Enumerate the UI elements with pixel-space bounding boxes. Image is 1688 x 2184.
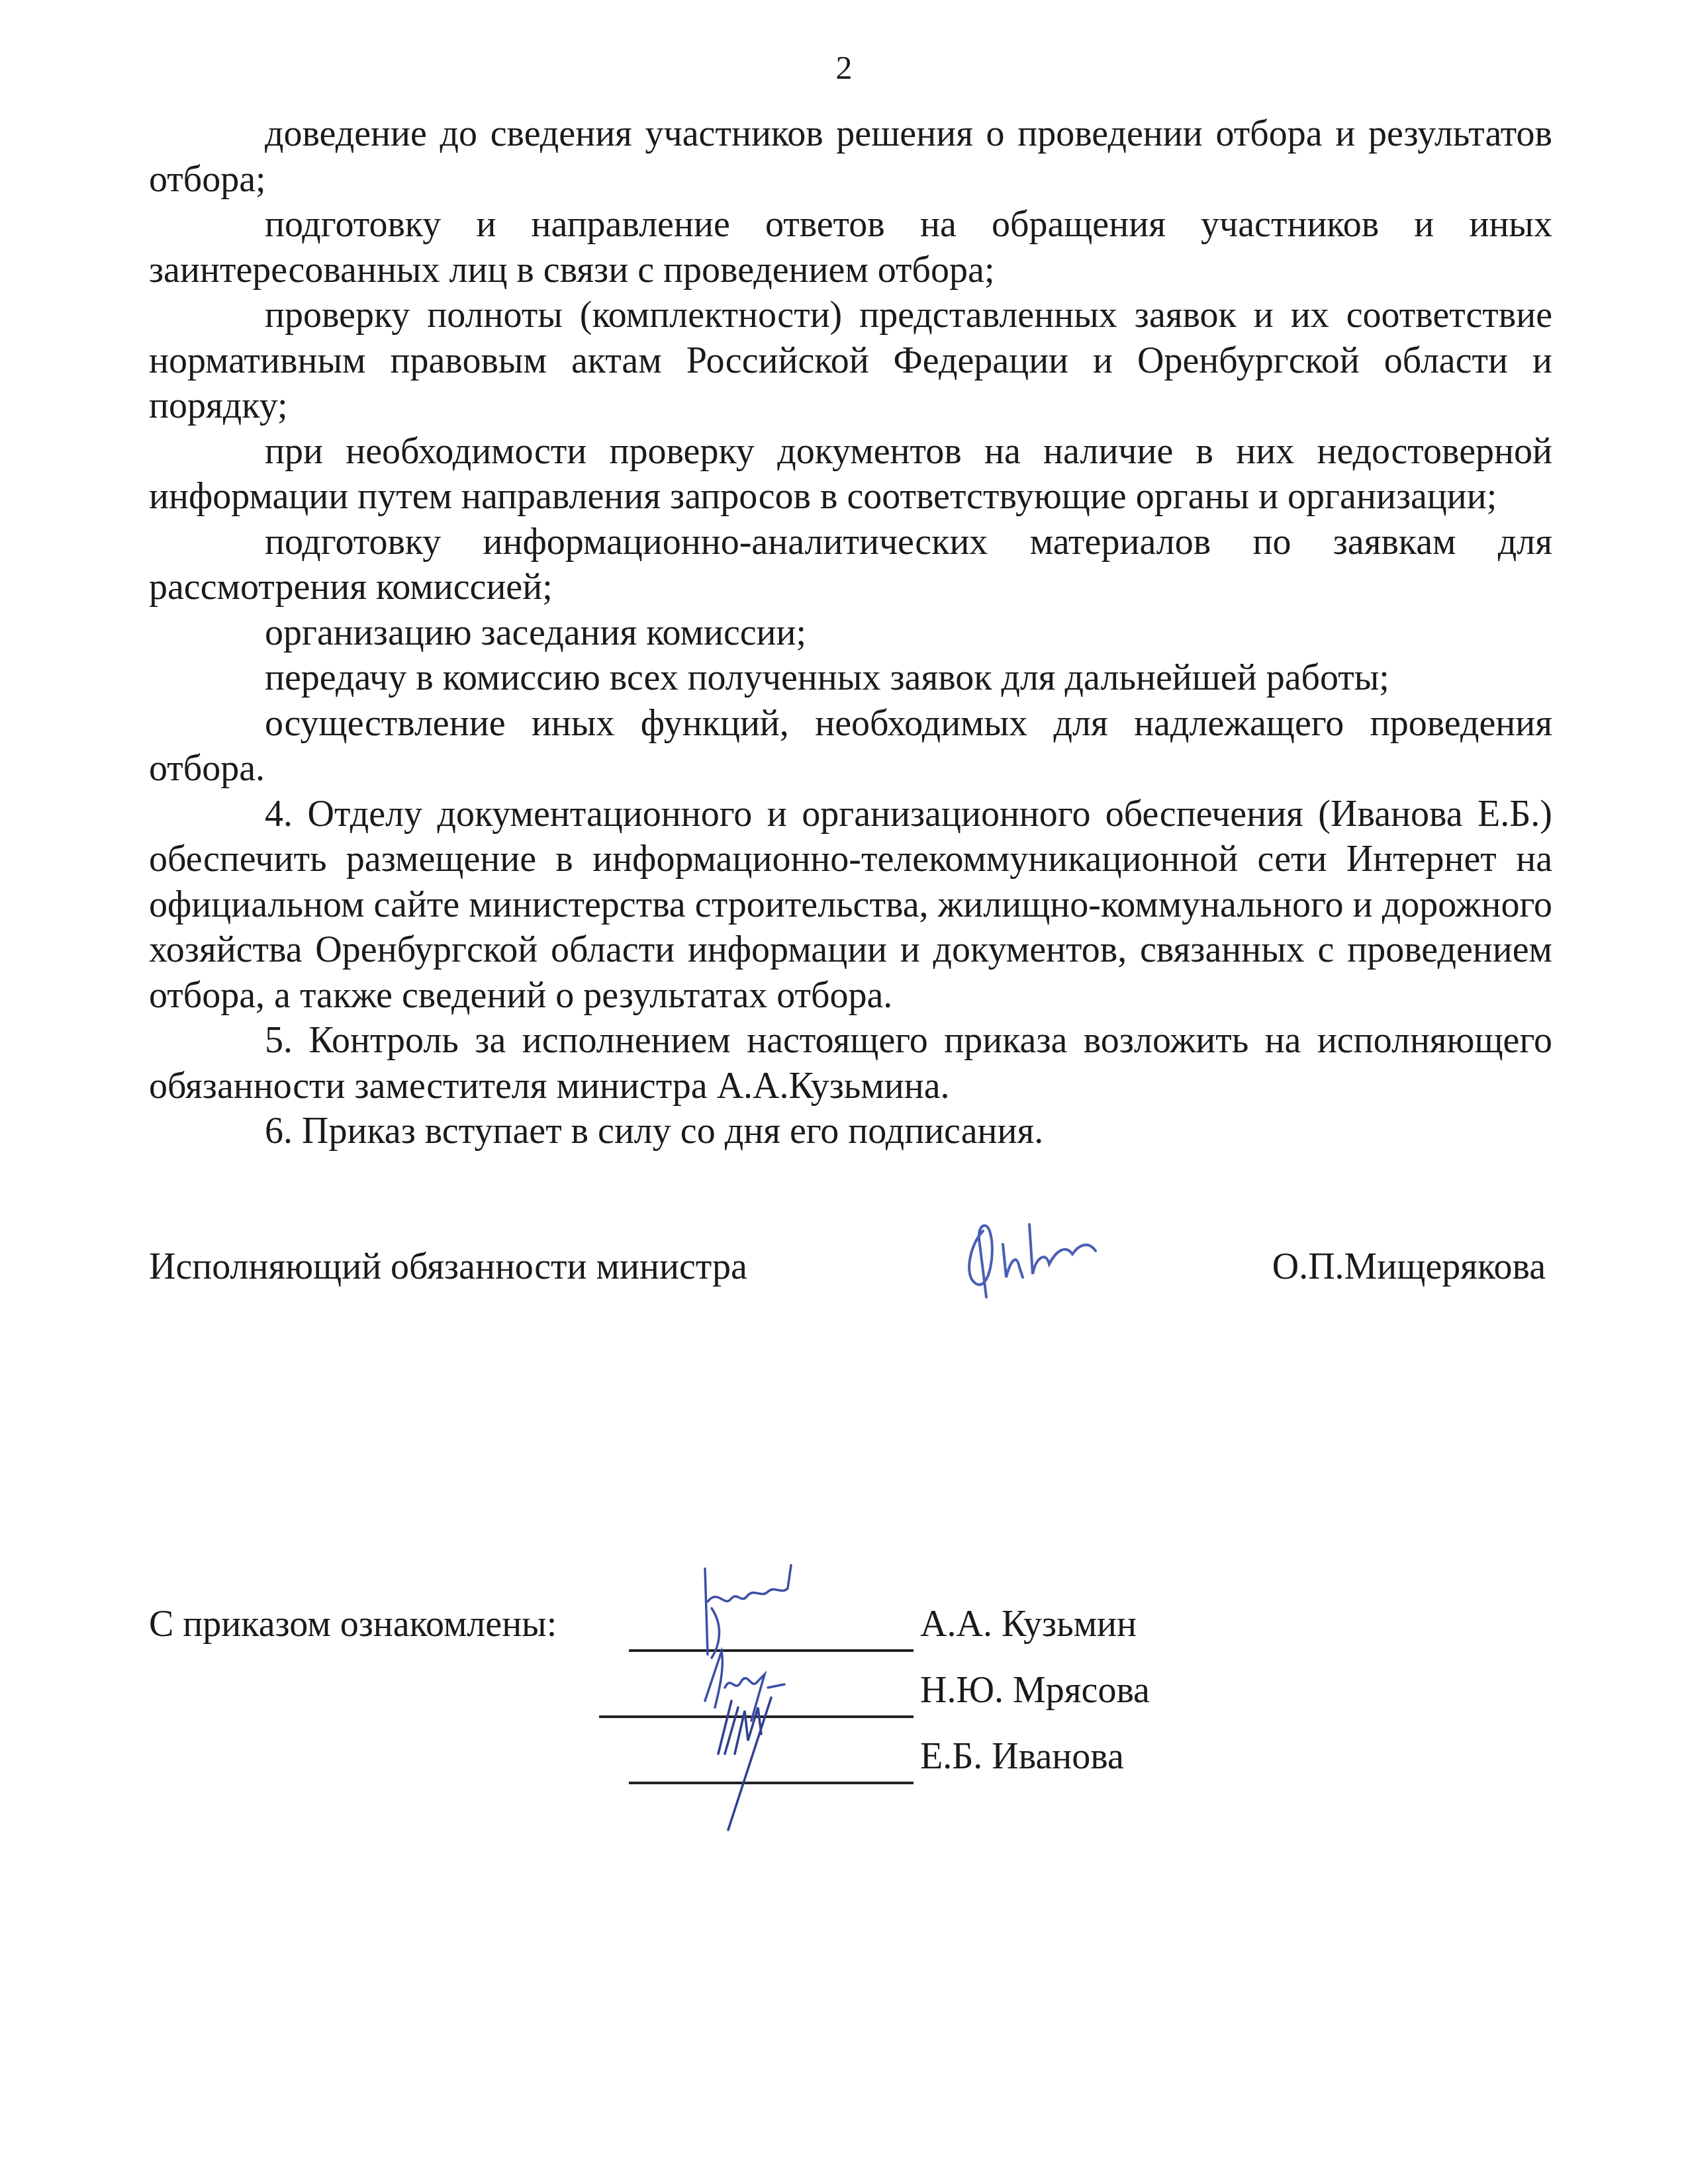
paragraph-item-6: 6. Приказ вступает в силу со дня его под…: [149, 1109, 1552, 1154]
paragraph-notify-participants: доведение до сведения участников решения…: [149, 111, 1552, 202]
signatory-title: Исполняющий обязанности министра: [149, 1244, 747, 1289]
acknowledgement-row: Е.Б. Иванова: [149, 1734, 1274, 1780]
signatory-name: О.П.Мищерякова: [1272, 1244, 1546, 1289]
minister-signature-block: Исполняющий обязанности министра О.П.Мищ…: [149, 1244, 1552, 1310]
signer-name: А.А. Кузьмин: [920, 1602, 1137, 1647]
paragraph-responses: подготовку и направление ответов на обра…: [149, 202, 1552, 293]
signer-name: Н.Ю. Мрясова: [920, 1668, 1150, 1713]
paragraph-analytical-materials: подготовку информационно-аналитических м…: [149, 520, 1552, 610]
handwritten-signature-icon: [957, 1205, 1168, 1304]
paragraph-item-4: 4. Отделу документационного и организаци…: [149, 792, 1552, 1019]
signer-name: Е.Б. Иванова: [920, 1734, 1124, 1779]
paragraph-commission-meeting: организацию заседания комиссии;: [149, 610, 1552, 656]
paragraph-completeness-check: проверку полноты (комплектности) предста…: [149, 293, 1552, 429]
paragraph-document-verification: при необходимости проверку документов на…: [149, 429, 1552, 520]
page-number: 2: [0, 48, 1688, 87]
acknowledgement-block: С приказом ознакомлены: А.А. Кузьмин Н.Ю…: [149, 1602, 1274, 1866]
paragraph-other-functions: осуществление иных функций, необходимых …: [149, 701, 1552, 792]
paragraph-item-5: 5. Контроль за исполнением настоящего пр…: [149, 1018, 1552, 1109]
document-body: доведение до сведения участников решения…: [149, 111, 1552, 1154]
handwritten-signature-icon: [705, 1694, 811, 1833]
paragraph-transfer-applications: передачу в комиссию всех полученных заяв…: [149, 655, 1552, 701]
